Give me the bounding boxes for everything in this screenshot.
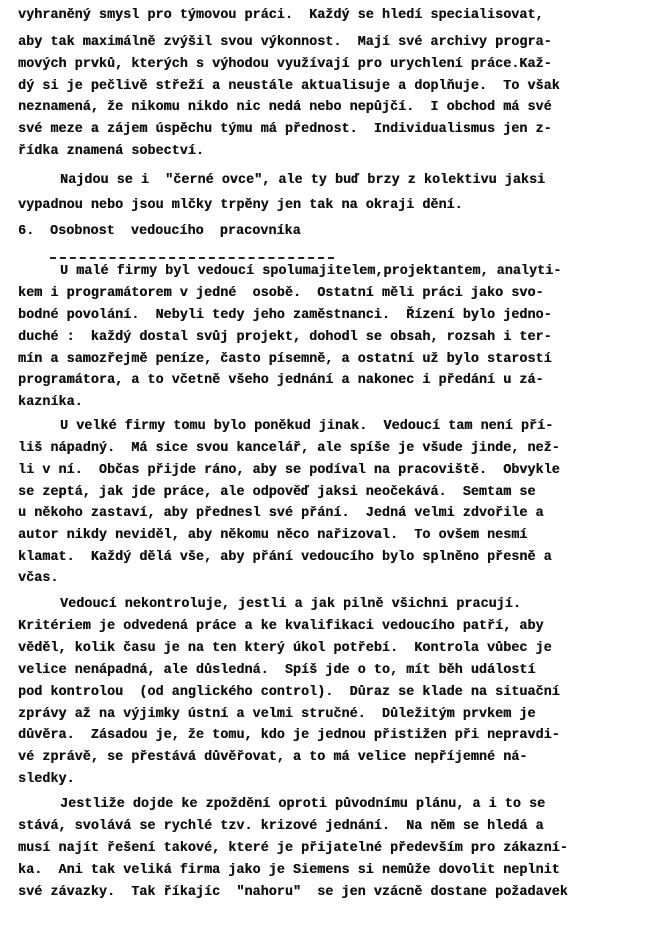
text-line: dý si je pečlivě střeží a neustále aktua… [18, 79, 560, 95]
text-line: velice nenápadná, ale důsledná. Spíš jde… [18, 663, 535, 679]
text-line: kazníka. [18, 395, 83, 411]
text-line: autor nikdy neviděl, aby někomu něco nař… [18, 528, 527, 544]
text-line: U velké firmy tomu bylo poněkud jinak. V… [60, 419, 553, 435]
typewritten-page: vyhraněný smysl pro týmovou práci. Každý… [0, 0, 648, 927]
text-line: li v ní. Občas přijde ráno, aby se podív… [18, 463, 560, 479]
text-line: ka. Ani tak veliká firma jako je Siemens… [18, 863, 560, 879]
text-line: se zeptá, jak jde práce, ale odpověď jak… [18, 485, 535, 501]
text-line: programátora, a to včetně všeho jednání … [18, 373, 544, 389]
text-line: včas. [18, 571, 58, 587]
section-number: 6. [18, 224, 34, 240]
text-line: věděl, kolik času je na ten který úkol p… [18, 641, 552, 657]
section-title: Osobnost vedoucího pracovníka [50, 224, 301, 240]
text-line: Kritériem je odvedená práce a ke kvalifi… [18, 619, 544, 635]
text-line: Najdou se i "černé ovce", ale ty buď brz… [60, 173, 545, 189]
text-line: U malé firmy byl vedoucí spolumajitelem,… [60, 264, 561, 280]
text-line: pod kontrolou (od anglického control). D… [18, 685, 560, 701]
text-line: své závazky. Tak říkajíc "nahoru" se jen… [18, 885, 568, 901]
text-line: vyhraněný smysl pro týmovou práci. Každý… [18, 8, 544, 24]
text-line: stává, svolává se rychlé tzv. krizové je… [18, 819, 544, 835]
text-line: klamat. Každý dělá vše, aby přání vedouc… [18, 550, 552, 566]
text-line: mín a samozřejmě peníze, často písemně, … [18, 352, 552, 368]
text-line: mových prvků, kterých s výhodou využívaj… [18, 57, 552, 73]
text-line: zprávy až na výjimky ústní a velmi struč… [18, 707, 535, 723]
text-line: aby tak maximálně zvýšil svou výkonnost.… [18, 35, 552, 51]
text-line: Vedoucí nekontroluje, jestli a jak pilně… [60, 597, 521, 613]
text-line: kem i programátorem v jedné osobě. Ostat… [18, 286, 544, 302]
text-line: vé zprávě, se přestává důvěřovat, a to m… [18, 750, 527, 766]
text-line: sledky. [18, 772, 75, 788]
text-line: své meze a zájem úspěchu týmu má přednos… [18, 122, 552, 138]
text-line: musí najít řešení takové, které je přija… [18, 841, 568, 857]
text-line: u někoho zastaví, aby přednesl své přání… [18, 506, 544, 522]
text-line: liš nápadný. Má sice svou kancelář, ale … [18, 441, 560, 457]
text-line: Jestliže dojde ke zpoždění oproti původn… [60, 797, 545, 813]
text-line: bodné povolání. Nebyli tedy jeho zaměstn… [18, 308, 552, 324]
text-line: vypadnou nebo jsou mlčky trpěny jen tak … [18, 198, 463, 214]
text-line: řídka znamená sobectví. [18, 144, 204, 160]
text-line: duché : každý dostal svůj projekt, dohod… [18, 330, 552, 346]
section-title-underline [50, 257, 334, 259]
text-line: důvěra. Zásadou je, že tomu, kdo je jedn… [18, 728, 560, 744]
text-line: neznamená, že nikomu nikdo nic nedá nebo… [18, 100, 552, 116]
